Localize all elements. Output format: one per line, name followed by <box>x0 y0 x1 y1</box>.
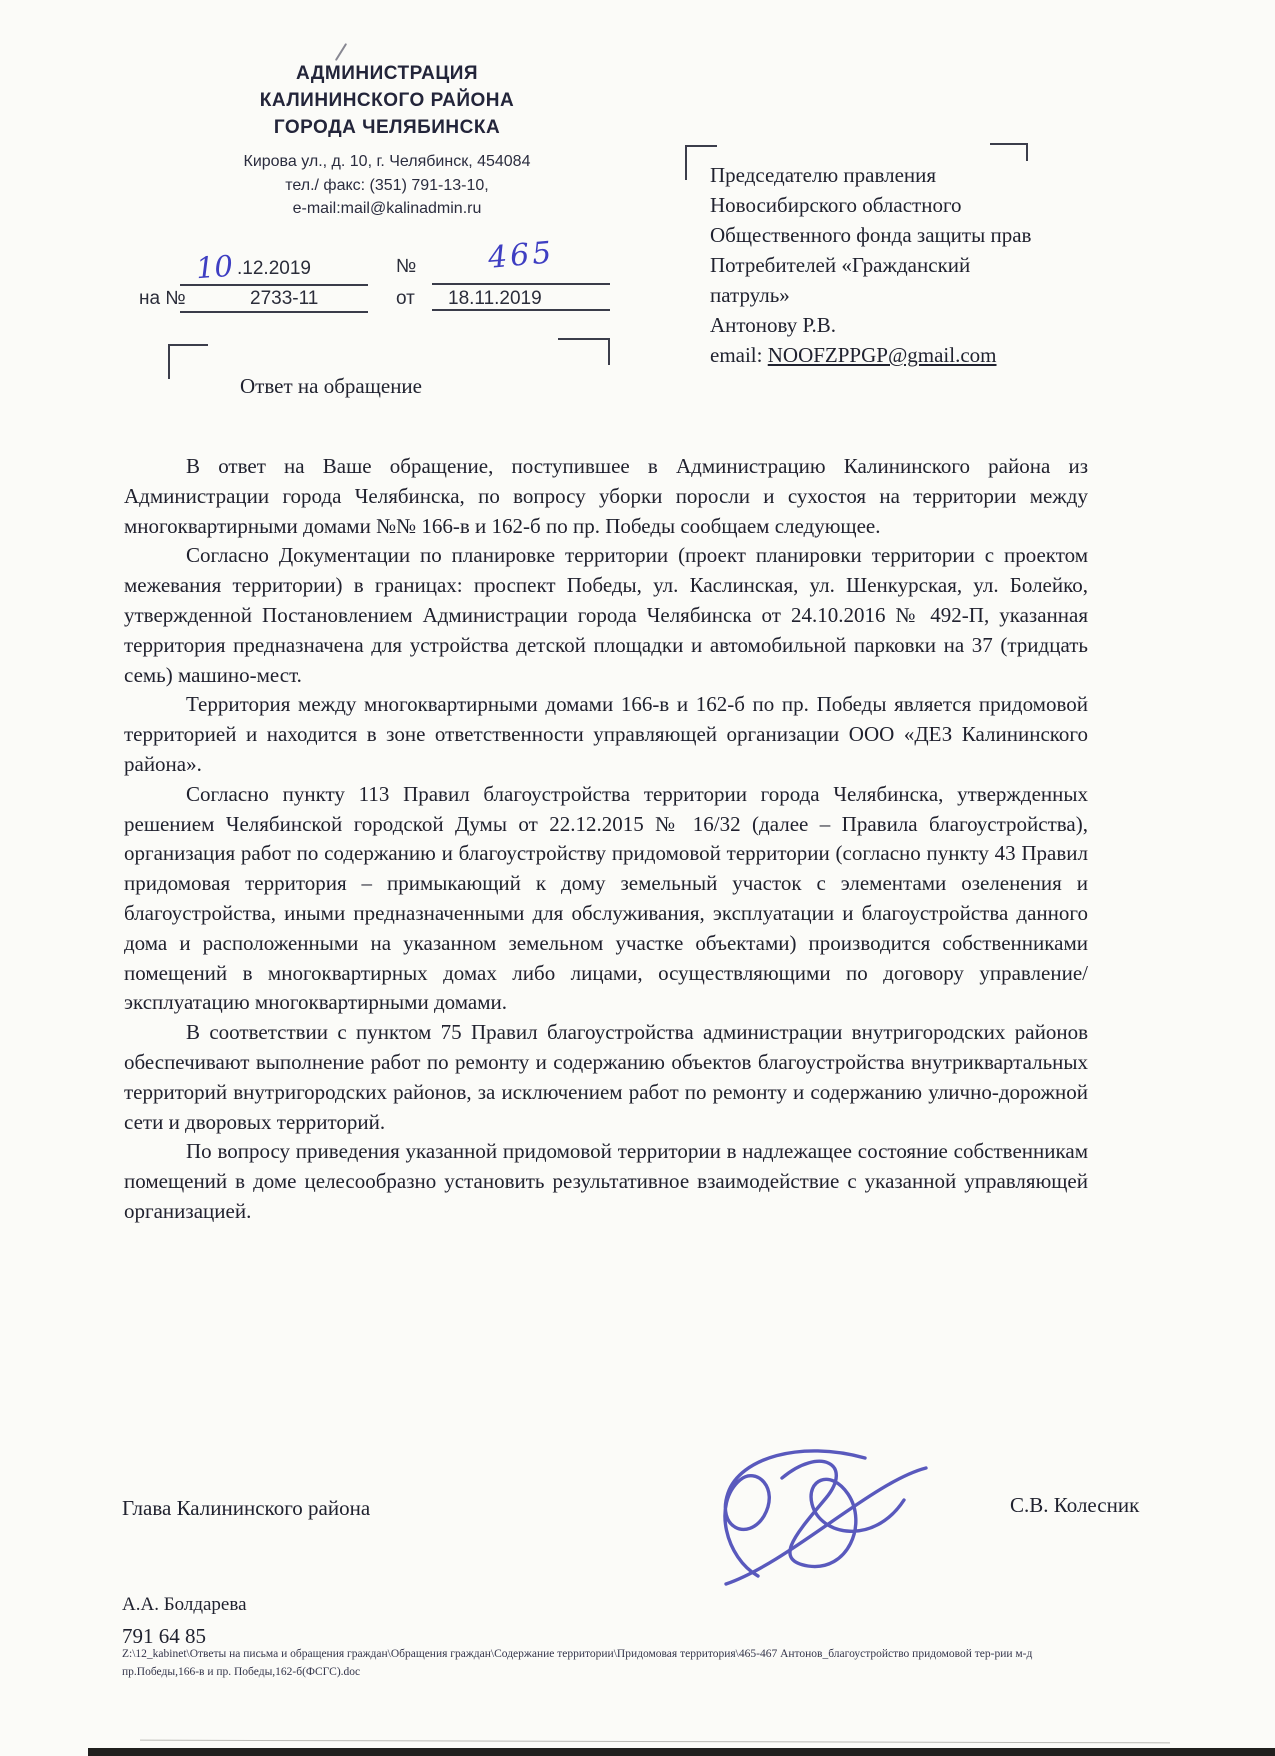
letterhead: АДМИНИСТРАЦИЯ КАЛИНИНСКОГО РАЙОНА ГОРОДА… <box>187 60 587 221</box>
org-phone: тел./ факс: (351) 791-13-10, <box>187 174 587 198</box>
corner-mark-recipient-right <box>990 143 1028 161</box>
file-path-line2: пр.Победы,166-в и пр. Победы,162-б(ФСГС)… <box>122 1663 1182 1681</box>
recipient-line: Потребителей «Гражданский <box>710 250 1080 280</box>
handwritten-outgoing-number: 465 <box>487 235 556 276</box>
org-name-line2: КАЛИНИНСКОГО РАЙОНА <box>187 87 587 114</box>
recipient-line: Новосибирского областного <box>710 190 1080 220</box>
recipient-line: Общественного фонда защиты прав <box>710 220 1080 250</box>
subject-line: Ответ на обращение <box>240 374 422 399</box>
org-name-line1: АДМИНИСТРАЦИЯ <box>187 60 587 87</box>
document-file-path: Z:\12_kabinet\Ответы на письма и обращен… <box>122 1645 1182 1681</box>
from-label: от <box>396 288 415 310</box>
org-email: e-mail:mail@kalinadmin.ru <box>187 197 587 221</box>
body-paragraph: В соответствии с пунктом 75 Правил благо… <box>124 1018 1088 1137</box>
outgoing-date-underline <box>180 284 368 286</box>
letter-body: В ответ на Ваше обращение, поступившее в… <box>124 452 1088 1227</box>
signer-position: Глава Калининского района <box>122 1496 370 1521</box>
body-paragraph: Согласно Документации по планировке терр… <box>124 541 1088 690</box>
recipient-email-label: email: <box>710 343 768 367</box>
recipient-email-address: NOOFZPPGP@gmail.com <box>768 343 997 367</box>
incoming-number: 2733-11 <box>250 288 318 310</box>
body-paragraph: По вопросу приведения указанной придомов… <box>124 1137 1088 1226</box>
recipient-name: Антонову Р.В. <box>710 310 1080 340</box>
corner-mark-subject-left <box>168 344 208 379</box>
body-paragraph: Территория между многоквартирными домами… <box>124 690 1088 779</box>
org-name-line3: ГОРОДА ЧЕЛЯБИНСКА <box>187 114 587 141</box>
handwritten-signature <box>660 1438 960 1598</box>
file-path-line1: Z:\12_kabinet\Ответы на письма и обращен… <box>122 1645 1182 1663</box>
scan-fold-line <box>140 1740 1170 1744</box>
body-paragraph: Согласно пункту 113 Правил благоустройст… <box>124 780 1088 1018</box>
recipient-line: патруль» <box>710 280 1080 310</box>
pen-mark-artifact <box>335 43 347 61</box>
scan-edge-band <box>88 1748 1275 1756</box>
outgoing-date: .12.2019 <box>237 258 311 280</box>
outgoing-number-underline <box>432 283 610 285</box>
signer-name: С.В. Колесник <box>1010 1493 1139 1518</box>
number-label: № <box>396 256 416 278</box>
scanned-letter-page: АДМИНИСТРАЦИЯ КАЛИНИНСКОГО РАЙОНА ГОРОДА… <box>0 0 1275 1756</box>
org-address: Кирова ул., д. 10, г. Челябинск, 454084 <box>187 150 587 174</box>
incoming-date: 18.11.2019 <box>448 288 542 310</box>
corner-mark-subject-right <box>558 338 610 365</box>
handwritten-outgoing-day: 10 <box>195 249 234 285</box>
recipient-block: Председателю правления Новосибирского об… <box>710 160 1080 370</box>
reply-to-label: на № <box>139 288 186 310</box>
body-paragraph: В ответ на Ваше обращение, поступившее в… <box>124 452 1088 541</box>
incoming-number-underline <box>180 311 368 313</box>
incoming-date-underline <box>432 309 610 311</box>
recipient-line: Председателю правления <box>710 160 1080 190</box>
executor-name: А.А. Болдарева <box>122 1594 247 1616</box>
